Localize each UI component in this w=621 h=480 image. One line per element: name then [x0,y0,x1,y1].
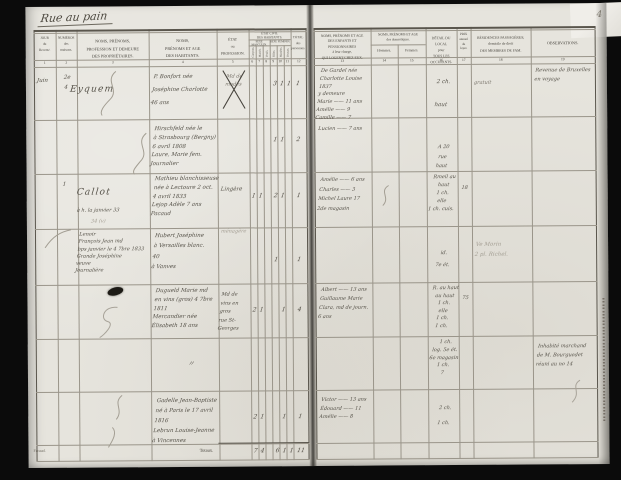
grid-line [35,227,308,230]
header-mariees: Mariées. [278,47,282,57]
civil-count: 1 [257,413,268,420]
col-number: 8 [263,59,270,63]
header-sexe-feminin: SEXE FÉMININ. [270,40,291,43]
entry-local: 2 ch. 1 ch. [429,401,460,431]
entry-numero: 1 [62,182,75,188]
entry-residences: gratuit [474,80,515,86]
grid-line [531,27,535,459]
grid-line [317,457,599,460]
row-total: 1 [294,256,305,263]
col-number: 17 [457,58,471,62]
header-veufs: Veufs. [264,50,268,58]
ditto-mark: 〃 [183,359,198,369]
col-number: 14 [371,58,398,62]
row-total: 1 [293,192,304,199]
entry-jour: Juin [37,78,56,84]
col-number: 5 [217,59,249,63]
entry-local: R. au haut au haut 1 ch. elle 1 ch. 1 ch… [426,285,461,330]
grid-line [291,28,295,460]
header-proprietaires: NOMS, PRÉNOMS, PROFESSION ET DEMEURE DES… [77,37,149,60]
entry-enfants: Albert —— 13 ans Guillaume Marie Clara, … [317,286,373,322]
header-enfants: NOMS, PRÉNOMS ET AGE DES ENFANTS ET PENS… [314,34,371,61]
pencil-flourish [96,69,122,117]
entry-etat: ménagère [221,228,250,234]
entry-observations: Revenue de Bruxelles en voyage [534,66,594,83]
totals-grand: 11 [294,447,308,454]
right-page-table: NOMS, PRÉNOMS ET AGE DES ENFANTS ET PENS… [314,26,599,460]
entry-etat: Lingère [220,186,249,192]
row-total: 4 [294,306,305,313]
entry-prix: 75 [459,295,472,301]
col-number: 15 [398,58,426,62]
entry-habitants: Dugueld Marie md en vins (gros) 4 7bre 1… [151,287,220,331]
col-number: 12 [291,59,307,63]
entry-enfants: De Gardel née Charlotte Louise 1837 y de… [315,68,373,123]
totals-count: 4 [257,447,268,454]
col-number: 2 [56,61,77,65]
entry-habitants: Gadelle Jean-Baptiste né à Paris le 17 a… [151,397,221,447]
grid-line [34,118,307,121]
grid-line [315,225,597,228]
civil-count: 1 [278,306,289,313]
header-total: TOTAL des personnes. [291,35,306,52]
entry-proprietaire-note: à h. la janvier 33 [76,207,147,213]
entry-habitants: Hubert Joséphine à Versailles blanc. 40 … [151,231,220,273]
entry-local: 1 ch. log. 5e ét. 6e magasin 1 ch. 7 [427,339,461,378]
civil-count: 1 [277,192,288,199]
grid-line [256,45,260,460]
pencil-flourish [43,228,73,252]
col-number: 3 [77,60,149,65]
grid-line [398,44,402,459]
grid-line [277,45,281,460]
header-observations: OBSERVATIONS. [531,40,595,47]
entry-enfants: Amélie —— 6 ans Charles —— 3 Michel Laur… [317,176,373,214]
scanned-register-page: Rue au pain 4 Féraud. [0,0,621,480]
header-dom-hommes: Hommes. [371,48,398,54]
grid-line [471,27,475,459]
col-number: 7 [256,59,263,63]
header-numeros: NUMÉROS des maisons. [56,36,77,53]
row-total: 2 [293,136,304,143]
grid-line [37,459,310,462]
col-number: 6 [249,59,256,63]
header-residences: RÉSIDENCES PASSAGÈRES; domicile de droit… [471,35,531,54]
civil-count: 1 [255,192,266,199]
grid-line [371,44,426,45]
col-number: 1 [34,61,56,65]
header-veuves: Veuves. [285,48,289,57]
ink-blot [107,286,124,298]
entry-etat: Md de vins en gros rue St-Georges [217,290,252,333]
grid-line [284,45,288,460]
grid-line [263,45,267,460]
row-total: 1 [295,413,306,420]
grid-line [315,281,597,284]
entry-local: A 20 rue haut [427,143,458,172]
pencil-flourish [375,183,395,207]
header-garcons: Garçons. [250,47,254,58]
row-total: 1 [292,80,303,87]
entry-habitants: P. Bonfort née Joséphine Charlotte 46 an… [150,71,219,111]
entry-local: Rmeil au haut 1 ch. elle 1 ch. cuis. [425,173,460,213]
grid-line [270,39,274,460]
entry-local: id. 7e ét. [428,247,459,271]
civil-count: 1 [279,413,290,420]
entry-proprietaire: Lenoir François Jean md bps janvier le 4… [75,231,152,275]
grid-line [34,65,307,68]
entry-prix: 18 [458,185,471,191]
col-number: 9 [270,59,277,63]
col-number: 4 [149,60,217,64]
header-jour: JOUR du Recensᵗ. [34,36,56,53]
header-etat-profession: ÉTAT ou PROFESSION. [217,36,249,57]
civil-count: 1 [256,306,267,313]
col-number: 13 [314,59,371,63]
entry-habitants: Hirschfeld née le à Strasbourg (Bergny) … [150,125,219,169]
header-dom-femmes: Femmes. [398,48,426,54]
entry-enfants: Lucien —— 7 ans [318,126,371,132]
pencil-flourish [95,303,123,339]
civil-count: 1 [277,136,288,143]
paper-sheet: Rue au pain 4 Féraud. [25,3,609,468]
entry-enfants: Victor —— 13 ans Édouard —— 11 Amélie ——… [319,396,374,422]
entry-habitants: Mathieu blanchisseuse née à Lectoure 2 o… [150,175,219,219]
header-habitants: NOMS, PRÉNOMS ET AGE DES HABITANTS. [149,37,217,60]
street-name-handwritten: Rue au pain [38,9,115,27]
entry-residences: Ve Morin 2 pl. Richel. [474,241,526,261]
grid-line [457,27,461,459]
col-number: 18 [471,58,531,62]
cross-out-strokes [219,68,249,110]
grid-line [316,335,598,338]
col-number: 19 [531,57,595,61]
grid-line [34,30,38,462]
entry-proprietaire: Callot [76,187,147,197]
grid-line [35,283,308,286]
grid-line [316,441,598,444]
col-number: 10 [277,59,284,63]
pencil-flourish [104,393,130,449]
grid-line [316,388,598,391]
entry-local: 2 ch. haut [425,71,458,117]
grid-line [249,28,253,460]
col-number: 11 [284,59,291,63]
totals-label: Totaux. [194,447,218,454]
header-filles: Filles. [271,50,275,57]
grid-line [314,29,596,32]
entry-pencil-note: 34 (v) [91,218,132,224]
header-domestiques: NOMS, PRÉNOMS ET AGE des domestiques. [371,32,426,43]
civil-count: 1 [271,256,282,263]
col-number: 16 [426,58,457,62]
header-etat-civil: ÉTAT CIVIL DES HABITANTS. [249,31,291,40]
pencil-flourish [564,378,586,404]
left-page-table: JOUR du Recensᵗ. NUMÉROS des maisons. NO… [34,28,310,462]
header-prix: PRIX annuel du loyer. [457,32,471,51]
entry-observations: Inhabité marchand de M. Bourguedet réuni… [535,342,596,369]
grid-line [36,390,309,393]
grid-line [36,337,309,340]
header-maries: Mariés. [257,48,261,57]
pencil-flourish [128,131,152,175]
